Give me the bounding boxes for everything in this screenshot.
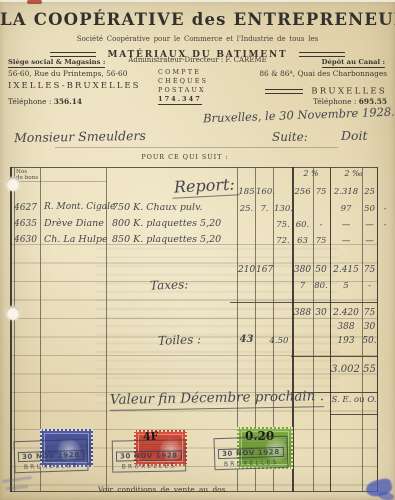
postmark-city: BRUXELLES bbox=[218, 459, 284, 468]
conditions-note: Voir conditions de vente au dos. bbox=[98, 485, 228, 494]
toiles-label: Toiles : bbox=[158, 332, 202, 347]
right-rule-ornament bbox=[299, 52, 345, 57]
aftertax-b-fr: 2.420 bbox=[331, 308, 361, 318]
recipient-handwritten: Monsieur Smeulders bbox=[14, 128, 146, 145]
report-q2: 160. bbox=[256, 187, 273, 197]
table-top-border bbox=[10, 167, 378, 168]
row-q3: 72. bbox=[274, 236, 292, 246]
table-vline bbox=[10, 167, 12, 492]
punch-hole bbox=[6, 177, 20, 191]
row-b-fr: — bbox=[331, 236, 361, 246]
postmark-date: 30 NOV 1928 bbox=[218, 447, 284, 459]
left-rule-ornament bbox=[50, 52, 96, 57]
ccp-account-number: 174.347 bbox=[158, 95, 202, 105]
page-title: LA COOPÉRATIVE des ENTREPRENEURS bbox=[0, 10, 395, 29]
subtotal-q2: 167 bbox=[256, 265, 273, 275]
row-b-fr: 97 bbox=[331, 204, 361, 214]
aftertax-b-ct: 75 bbox=[362, 308, 377, 318]
carry-b-fr: 388 bbox=[331, 322, 361, 332]
carry-b-ct: 30 bbox=[362, 322, 377, 332]
photo-edge bbox=[0, 0, 395, 2]
taxes-b-fr: 5 bbox=[331, 281, 361, 291]
row-place: R. Mont. Cigale bbox=[44, 202, 115, 212]
city-rule-ornament bbox=[265, 89, 303, 94]
row-extra: - bbox=[379, 204, 391, 214]
blue-corner-mark bbox=[377, 491, 394, 500]
total-b-fr: 3.002 bbox=[330, 364, 361, 375]
hq-phone-number: 356.14 bbox=[54, 97, 82, 106]
row-q3: 130. bbox=[274, 204, 292, 214]
bons-header-underline bbox=[10, 181, 106, 182]
suite-handwritten: Suite: bbox=[272, 130, 308, 144]
subtotal-q1: 210 bbox=[238, 265, 255, 275]
hq-address: 56-60, Rue du Printemps, 56-60 bbox=[8, 69, 127, 78]
red-edge-mark bbox=[27, 0, 42, 4]
row-b-ct: — bbox=[362, 236, 377, 246]
subtotal-a-fr: 380 bbox=[293, 265, 312, 275]
recipient-rule bbox=[55, 147, 338, 148]
report-label: Report: bbox=[171, 174, 239, 198]
toiles-q3: 4.50 bbox=[268, 336, 290, 346]
subtotal-b-ct: 75 bbox=[362, 265, 377, 275]
row-a-fr: 60. bbox=[293, 220, 312, 230]
seo-note: S. E. ou O. bbox=[331, 395, 377, 405]
row-bon: 4630 bbox=[12, 235, 39, 245]
row-b-ct: — bbox=[362, 220, 377, 230]
postmark-green-stamp: 30 NOV 1928 BRUXELLES bbox=[213, 436, 288, 471]
report-a-fr: 256 bbox=[293, 187, 312, 197]
value-note-handwritten: Valeur fin Décembre prochain . bbox=[110, 388, 324, 411]
taxes-b-ct: - bbox=[362, 281, 377, 291]
bons-column-header: Nos de bons bbox=[16, 169, 38, 181]
row-q3: 75. bbox=[274, 220, 292, 230]
row-place: Drève Diane bbox=[44, 218, 104, 229]
table-vline bbox=[106, 167, 107, 492]
postmark-city: BRUXELLES bbox=[18, 462, 84, 471]
place-date-handwritten: Bruxelles, le 30 Novembre 1928. bbox=[203, 105, 395, 126]
aftertax-a-ct: 30 bbox=[313, 308, 329, 318]
row-q2: 7. bbox=[256, 204, 273, 214]
canal-address: 86 & 86ᴬ, Quai des Charbonnages bbox=[259, 69, 387, 78]
subtotal-b-fr: 2.415 bbox=[331, 265, 361, 275]
hq-phone: Téléphone : 356.14 bbox=[8, 97, 82, 106]
toiles-b-fr: 193 bbox=[331, 336, 361, 346]
row-b-ct: 50 bbox=[362, 204, 377, 214]
toiles-b-ct: 50. bbox=[362, 336, 377, 346]
punch-hole bbox=[6, 306, 20, 320]
row-b-fr: — bbox=[331, 220, 361, 230]
report-a-ct: 75 bbox=[313, 187, 329, 197]
postmark-date: 30 NOV 1928 bbox=[18, 450, 84, 462]
canal-phone-label: Téléphone : bbox=[313, 97, 356, 106]
row-desc: 750 K. Chaux pulv. bbox=[112, 202, 202, 213]
total-b-ct: 55 bbox=[362, 364, 377, 375]
colA-header: 2 % bbox=[292, 169, 330, 178]
ccp-line3: POSTAUX bbox=[158, 86, 206, 94]
aftertax-a-fr: 388 bbox=[293, 308, 312, 318]
ink-rule-4 bbox=[330, 414, 378, 415]
ink-rule-2 bbox=[291, 356, 378, 357]
postmark-city: BRUXELLES bbox=[116, 462, 182, 470]
hq-phone-label: Téléphone : bbox=[8, 97, 51, 106]
row-q1: 25. bbox=[238, 204, 255, 214]
ink-rule-1 bbox=[230, 302, 378, 303]
canal-label: Dépôt au Canal : bbox=[322, 58, 385, 68]
postmark-red-stamp: 30 NOV 1928 BRUXELLES bbox=[112, 439, 186, 472]
row-desc: 850 K. plaquettes 5,20 bbox=[112, 234, 221, 245]
row-place: Ch. La Hulpe bbox=[44, 234, 108, 245]
subtitle: Société Coopérative pour le Commerce et … bbox=[0, 35, 395, 43]
row-bon: 4627 bbox=[12, 203, 39, 213]
pour-ce-qui-suit: POUR CE QUI SUIT : bbox=[120, 153, 250, 161]
ccp-line2: CHÈQUES bbox=[158, 77, 208, 85]
table-vline bbox=[313, 167, 314, 492]
row-a-ct: 75 bbox=[313, 236, 329, 246]
hq-city: IXELLES-BRUXELLES bbox=[8, 81, 141, 91]
row-a-fr: 63 bbox=[293, 236, 312, 246]
postmark-blue-stamp: 30 NOV 1928 BRUXELLES bbox=[13, 439, 88, 474]
row-extra: - bbox=[379, 220, 391, 230]
colB-header: 2 ‰ bbox=[330, 169, 377, 178]
toiles-q1: 43 bbox=[238, 334, 255, 345]
report-b-ct: 25 bbox=[362, 187, 377, 197]
doit-handwritten: Doit bbox=[341, 128, 368, 143]
ccp-line1: COMPTE bbox=[158, 68, 201, 76]
taxes-label: Taxes: bbox=[150, 277, 189, 292]
report-q1: 185 bbox=[238, 187, 255, 197]
taxes-a-ct: 80. bbox=[313, 281, 329, 291]
row-bon: 4635 bbox=[12, 219, 39, 229]
subtotal-a-ct: 50 bbox=[313, 265, 329, 275]
postmark-date: 30 NOV 1928 bbox=[116, 450, 182, 461]
director-line: Administrateur-Directeur : F. CARÊME bbox=[95, 56, 300, 64]
report-b-fr: 2.318 bbox=[331, 187, 361, 197]
hq-label: Siège social & Magasins : bbox=[8, 58, 105, 68]
taxes-a-fr: 7 bbox=[293, 281, 312, 291]
row-a-ct: - bbox=[313, 220, 329, 230]
row-desc: 800 K. plaquettes 5,20 bbox=[112, 218, 221, 229]
canal-city: BRUXELLES bbox=[311, 87, 387, 97]
invoice-document: LA COOPÉRATIVE des ENTREPRENEURS Société… bbox=[0, 0, 395, 500]
